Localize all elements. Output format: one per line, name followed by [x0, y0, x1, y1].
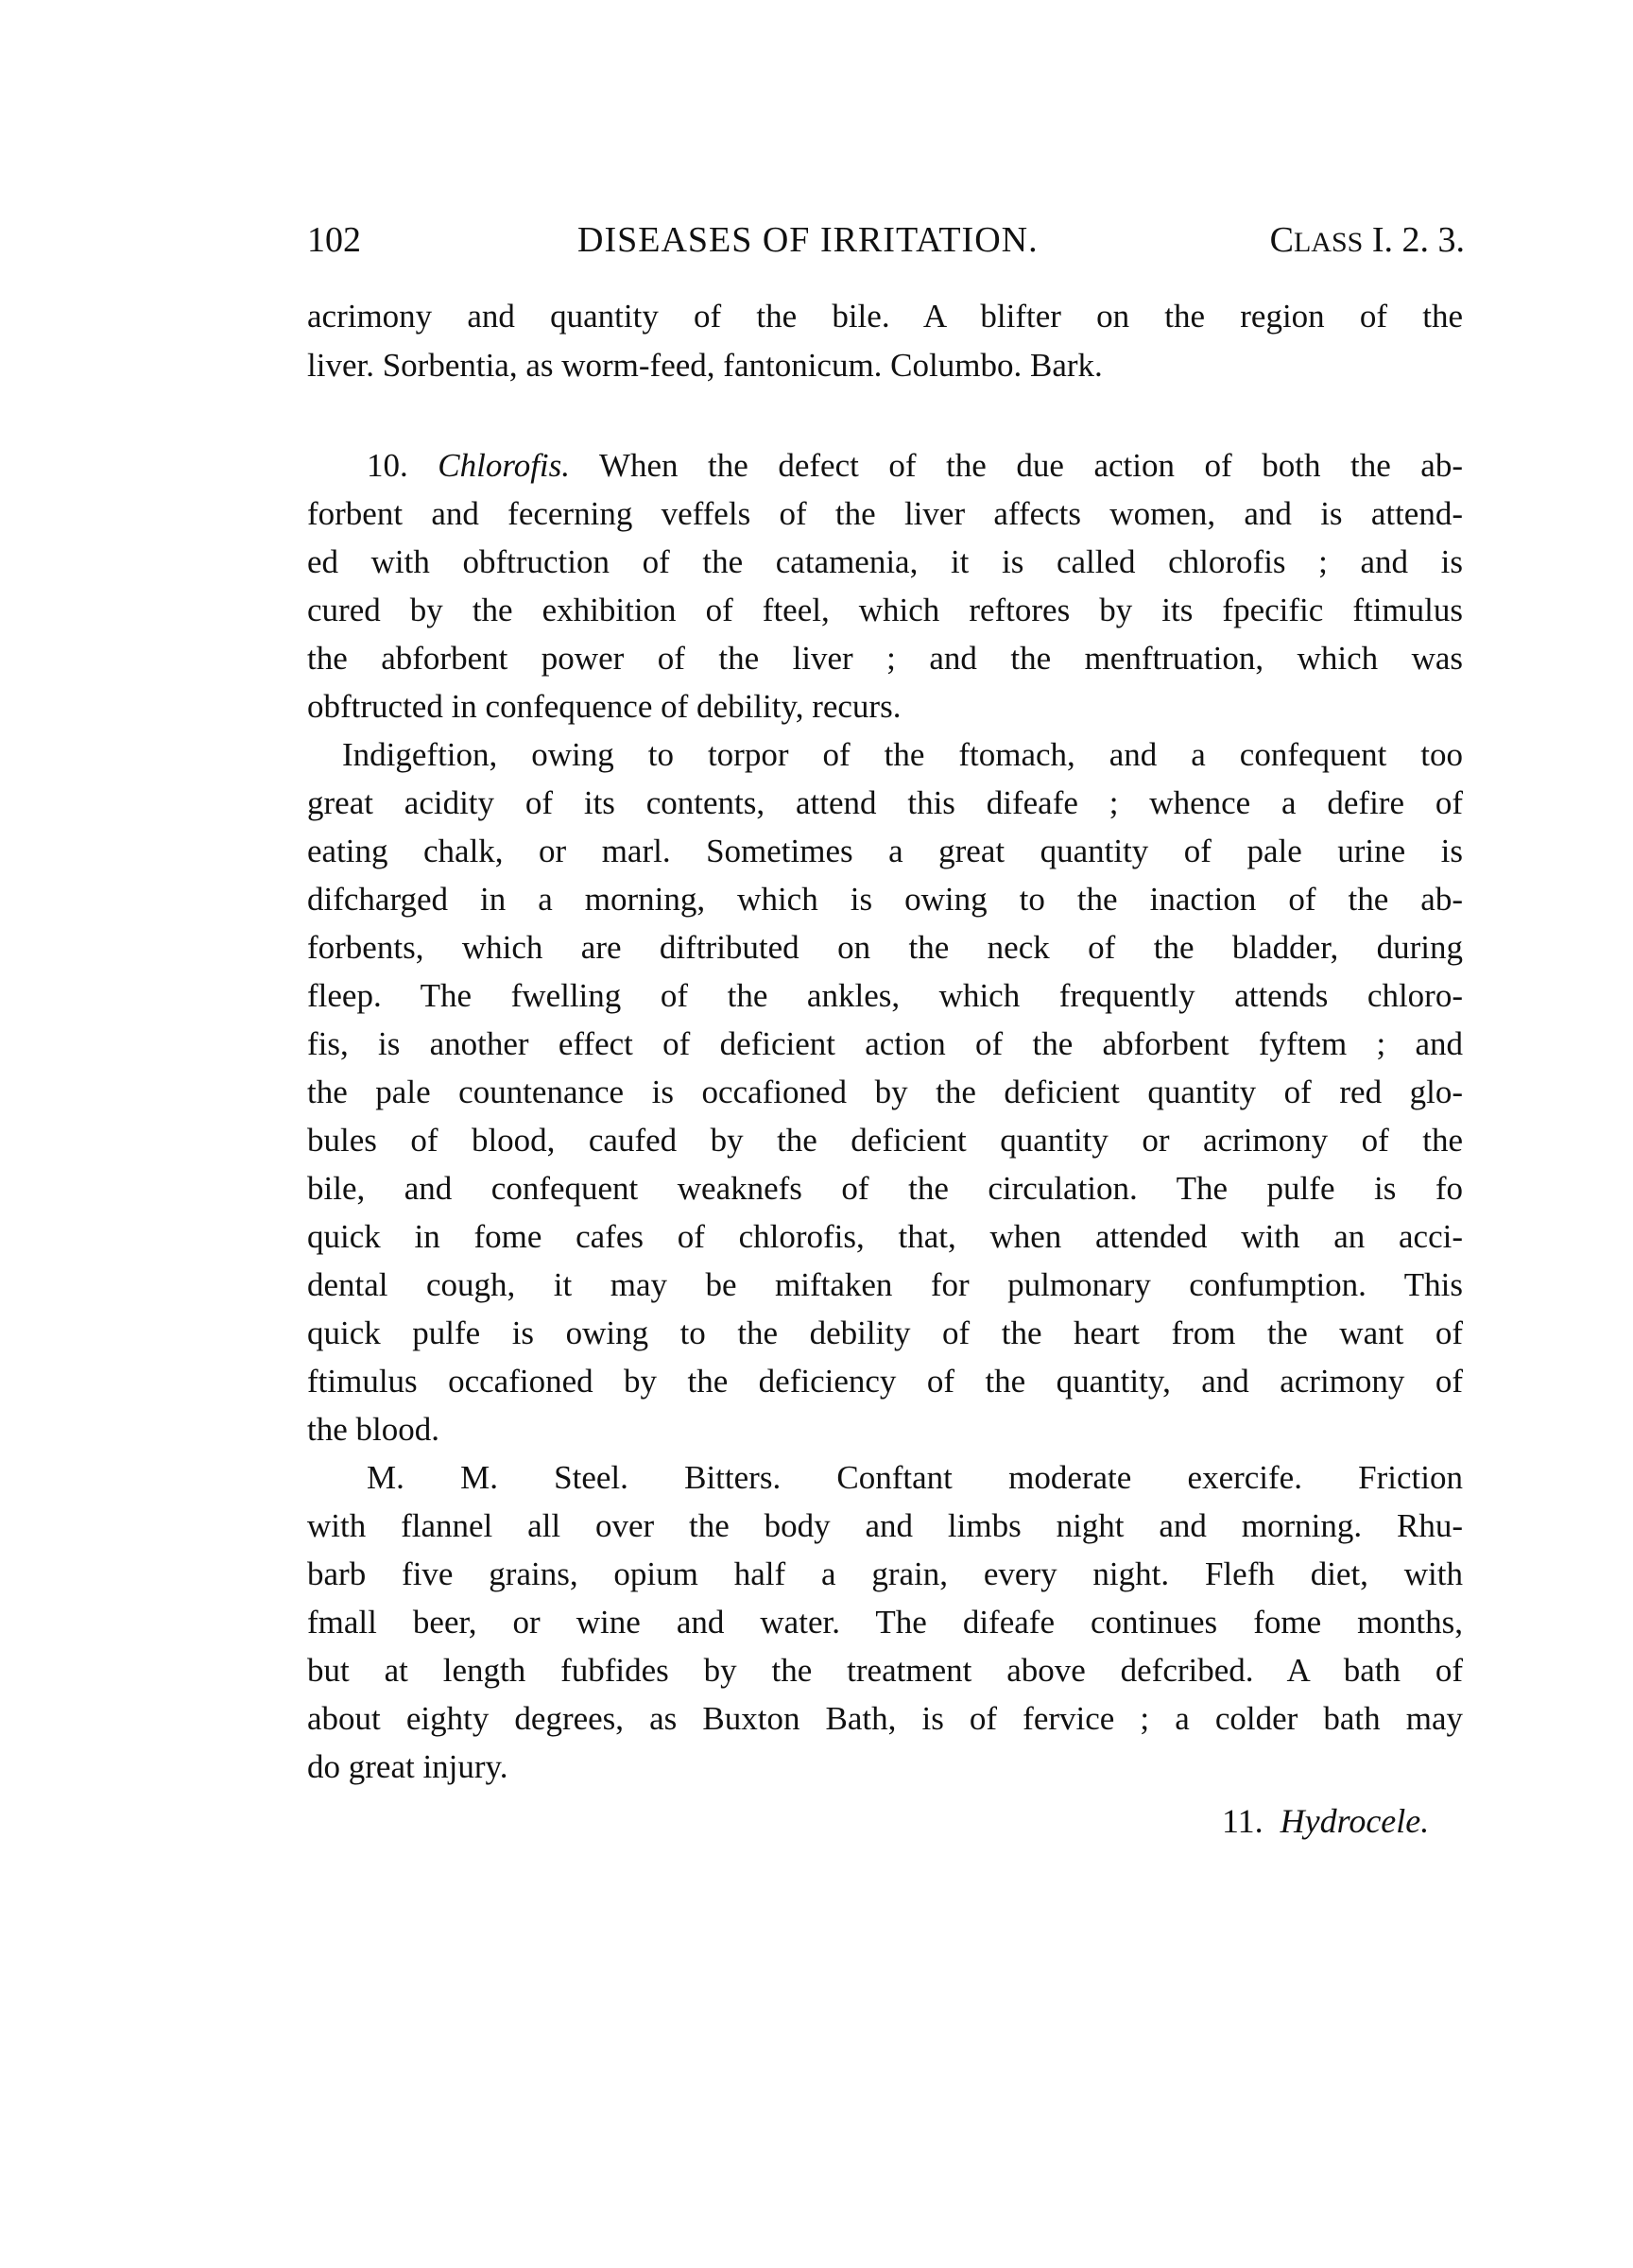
- class-section-number: I. 2. 3.: [1363, 220, 1465, 260]
- text-line: forbent and fecerning veffels of the liv…: [307, 490, 1463, 538]
- class-label-initial: C: [1270, 220, 1294, 260]
- text-line: barb five grains, opium half a grain, ev…: [307, 1551, 1463, 1598]
- text-line: eating chalk, or marl. Sometimes a great…: [307, 828, 1463, 875]
- text-line: cured by the exhibition of fteel, which …: [307, 587, 1463, 634]
- text-line: fleep. The fwelling of the ankles, which…: [307, 972, 1463, 1020]
- text-line: bules of blood, caufed by the deficient …: [307, 1117, 1463, 1164]
- text-line: with flannel all over the body and limbs…: [307, 1503, 1463, 1550]
- text-line: about eighty degrees, as Buxton Bath, is…: [307, 1695, 1463, 1743]
- section-heading-line: 10. Chlorofis. When the defect of the du…: [367, 442, 1463, 490]
- text-line: ed with obftruction of the catamenia, it…: [307, 539, 1463, 586]
- text-line: quick in fome cafes of chlorofis, that, …: [307, 1213, 1463, 1261]
- text-line: dental cough, it may be miftaken for pul…: [307, 1262, 1463, 1309]
- section-number: 10.: [367, 447, 408, 484]
- text-line: difcharged in a morning, which is owing …: [307, 876, 1463, 923]
- text-line: acrimony and quantity of the bile. A bli…: [307, 293, 1463, 340]
- running-header: 102 DISEASES OF IRRITATION. CLASS I. 2. …: [307, 219, 1465, 261]
- catchword-title: Hydrocele.: [1281, 1802, 1430, 1840]
- text-line: the abforbent power of the liver ; and t…: [307, 635, 1463, 682]
- catchword: 11.Hydrocele.: [1222, 1797, 1429, 1845]
- text-line: forbents, which are diftributed on the n…: [307, 924, 1463, 971]
- text-line: M. M. Steel. Bitters. Conftant moderate …: [367, 1454, 1463, 1502]
- text-line: quick pulfe is owing to the debility of …: [307, 1310, 1463, 1357]
- text-line: great acidity of its contents, attend th…: [307, 780, 1463, 827]
- text-line: obftructed in confequence of debility, r…: [307, 683, 1463, 730]
- running-title: DISEASES OF IRRITATION.: [577, 219, 1039, 261]
- text-line: bile, and confequent weaknefs of the cir…: [307, 1165, 1463, 1212]
- text-line: liver. Sorbentia, as worm-feed, fantonic…: [307, 342, 1463, 389]
- text-line: the pale countenance is occafioned by th…: [307, 1069, 1463, 1116]
- text-line: the blood.: [307, 1406, 1463, 1453]
- text-line: ftimulus occafioned by the deficiency of…: [307, 1358, 1463, 1405]
- catchword-number: 11.: [1222, 1802, 1263, 1840]
- text-line: do great injury.: [307, 1744, 1463, 1791]
- section-title: Chlorofis.: [438, 447, 570, 484]
- page-number: 102: [307, 219, 361, 261]
- text-run: When the defect of the due action of bot…: [599, 447, 1463, 484]
- text-line: Indigeftion, owing to torpor of the ftom…: [342, 731, 1463, 779]
- class-label-smallcaps: LASS: [1294, 227, 1363, 258]
- text-line: fis, is another effect of deficient acti…: [307, 1021, 1463, 1068]
- book-page: 102 DISEASES OF IRRITATION. CLASS I. 2. …: [0, 0, 1633, 2268]
- class-reference: CLASS I. 2. 3.: [1270, 219, 1465, 264]
- text-line: but at length fubfides by the treatment …: [307, 1647, 1463, 1694]
- text-line: fmall beer, or wine and water. The difea…: [307, 1599, 1463, 1646]
